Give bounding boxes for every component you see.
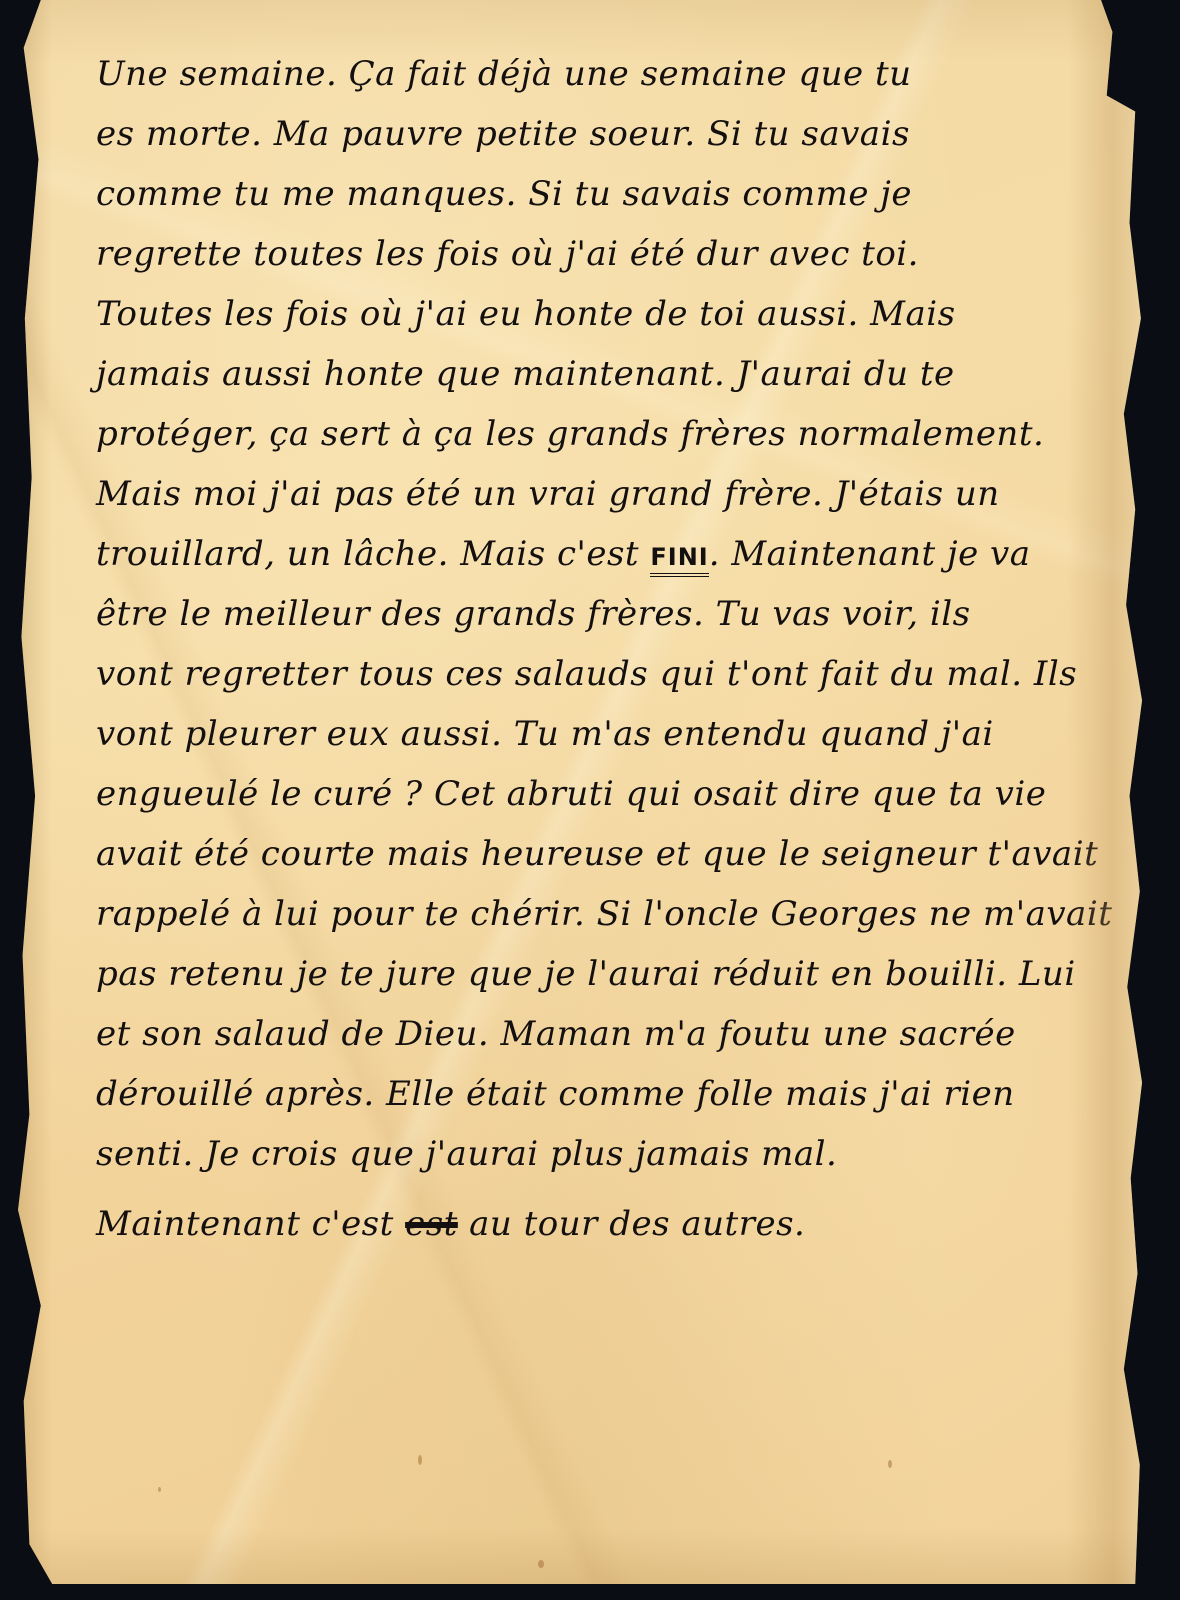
letter-line: avait été courte mais heureuse et que le… xyxy=(96,824,1116,884)
letter-line: dérouillé après. Elle était comme folle … xyxy=(96,1064,1116,1124)
stain-spot xyxy=(538,1560,544,1568)
letter-line: es morte. Ma pauvre petite soeur. Si tu … xyxy=(96,104,1116,164)
paper-sheet: Une semaine. Ça fait déjà une semaine qu… xyxy=(18,0,1158,1592)
letter-closing-line: Maintenant c'est est au tour des autres. xyxy=(96,1194,1116,1254)
scan-background: Une semaine. Ça fait déjà une semaine qu… xyxy=(0,0,1180,1600)
letter-line: être le meilleur des grands frères. Tu v… xyxy=(96,584,1116,644)
struck-word: est xyxy=(405,1204,458,1244)
letter-line-start: Maintenant c'est xyxy=(96,1204,394,1244)
letter-line: vont regretter tous ces salauds qui t'on… xyxy=(96,644,1116,704)
letter-line-fini: trouillard, un lâche. Mais c'est FINI. M… xyxy=(96,524,1116,584)
letter-line: regrette toutes les fois où j'ai été dur… xyxy=(96,224,1116,284)
letter-line-start: trouillard, un lâche. Mais c'est xyxy=(96,534,639,574)
letter-line: jamais aussi honte que maintenant. J'aur… xyxy=(96,344,1116,404)
letter-line: vont pleurer eux aussi. Tu m'as entendu … xyxy=(96,704,1116,764)
letter-line: et son salaud de Dieu. Maman m'a foutu u… xyxy=(96,1004,1116,1064)
letter-line-end: . Maintenant je va xyxy=(709,534,1031,574)
stain-spot xyxy=(158,1487,161,1492)
letter-line-end: au tour des autres. xyxy=(458,1204,805,1244)
handwritten-letter: Une semaine. Ça fait déjà une semaine qu… xyxy=(96,44,1116,1254)
letter-line: Toutes les fois où j'ai eu honte de toi … xyxy=(96,284,1116,344)
letter-line: senti. Je crois que j'aurai plus jamais … xyxy=(96,1124,1116,1184)
stain-spot xyxy=(418,1455,422,1465)
letter-line: Mais moi j'ai pas été un vrai grand frèr… xyxy=(96,464,1116,524)
letter-line: Une semaine. Ça fait déjà une semaine qu… xyxy=(96,44,1116,104)
letter-line: comme tu me manques. Si tu savais comme … xyxy=(96,164,1116,224)
stain-spot xyxy=(888,1460,892,1468)
letter-line: engueulé le curé ? Cet abruti qui osait … xyxy=(96,764,1116,824)
letter-line: pas retenu je te jure que je l'aurai réd… xyxy=(96,944,1116,1004)
emphasized-word: FINI xyxy=(650,543,708,577)
letter-line: protéger, ça sert à ça les grands frères… xyxy=(96,404,1116,464)
letter-line: rappelé à lui pour te chérir. Si l'oncle… xyxy=(96,884,1116,944)
